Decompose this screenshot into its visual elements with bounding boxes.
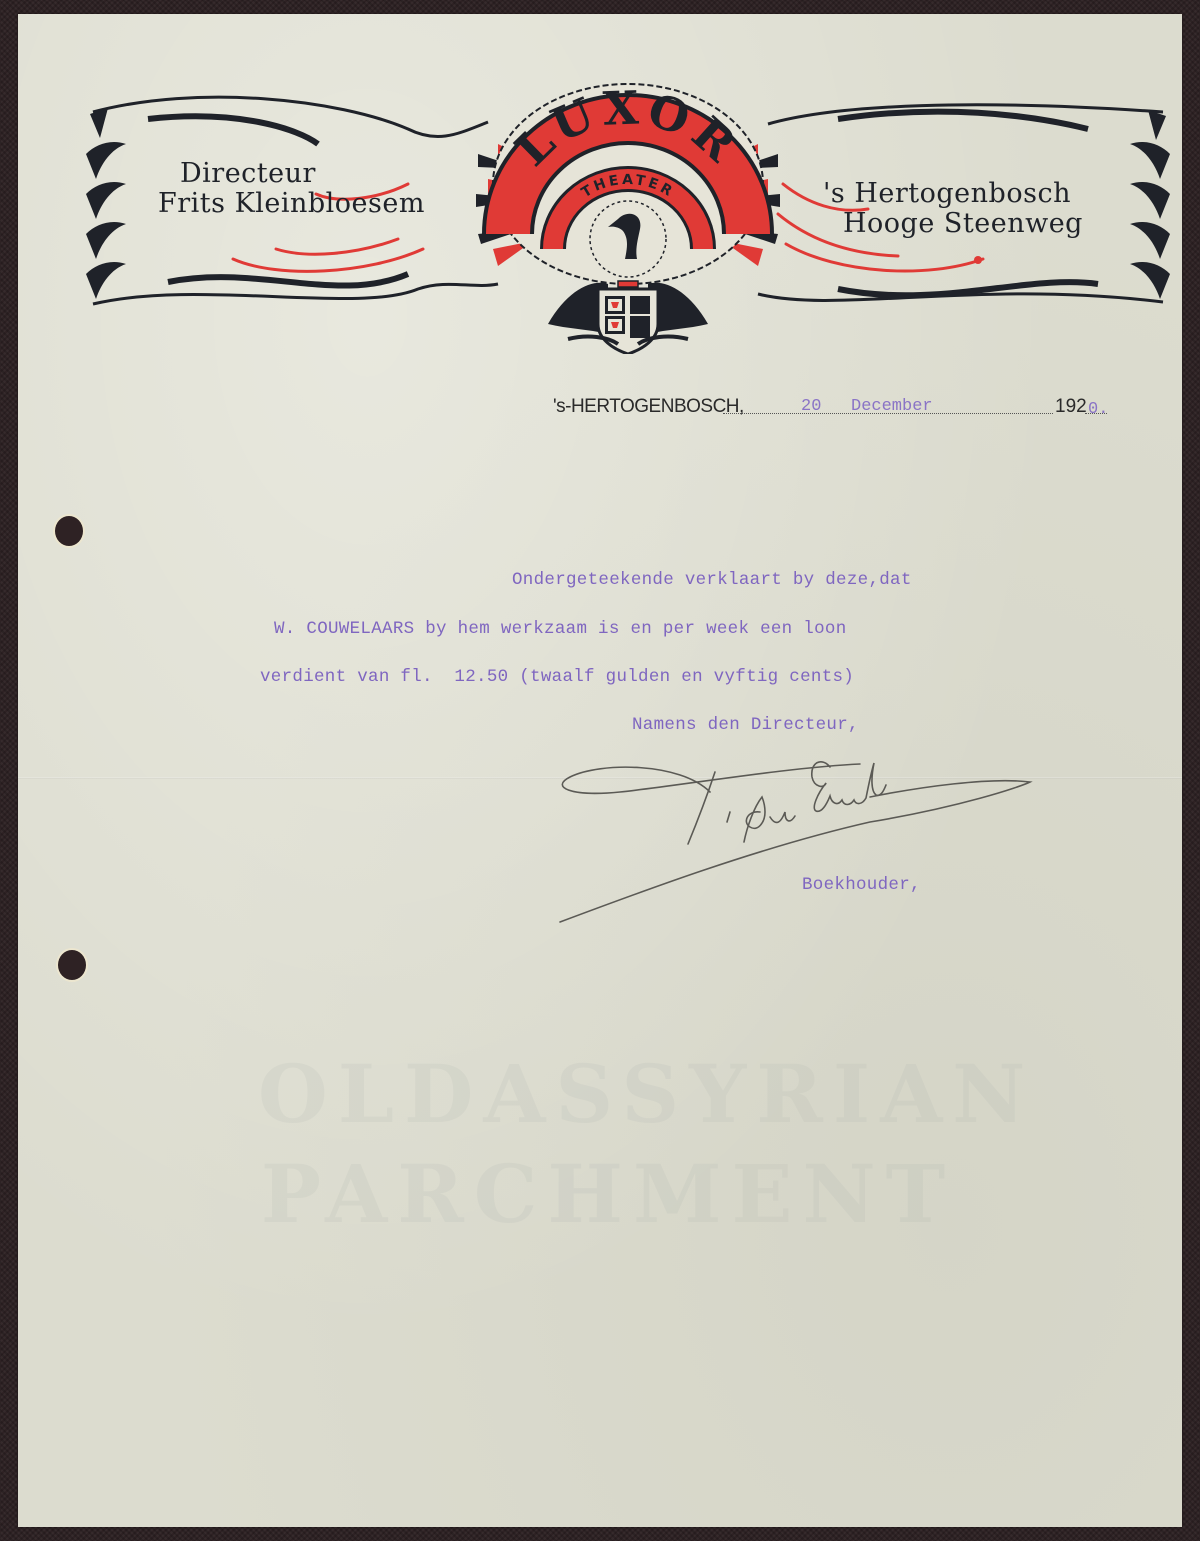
address-street: Hooge Steenweg bbox=[823, 209, 1083, 239]
director-label: Directeur bbox=[158, 159, 425, 189]
dateline-year-prefix: 192 bbox=[1055, 396, 1087, 418]
closing-line: Namens den Directeur, bbox=[632, 715, 859, 735]
address-city: 's Hertogenbosch bbox=[823, 179, 1083, 209]
body-line-3: verdient van fl. 12.50 (twaalf gulden en… bbox=[260, 667, 854, 687]
signature-icon bbox=[540, 752, 1040, 932]
dateline-day: 20 bbox=[801, 397, 821, 416]
letterhead-address: 's Hertogenbosch Hooge Steenweg bbox=[823, 179, 1083, 239]
body-line-2: W. COUWELAARS by hem werkzaam is en per … bbox=[274, 619, 847, 639]
dateline: 's-HERTOGENBOSCH, 20 December 192 0. bbox=[553, 396, 1123, 420]
dateline-year-suffix: 0. bbox=[1088, 400, 1108, 419]
dateline-month: December bbox=[851, 397, 933, 416]
punch-hole-bottom bbox=[58, 950, 86, 980]
dateline-city: 's-HERTOGENBOSCH, bbox=[553, 396, 744, 418]
punch-hole-top bbox=[55, 516, 83, 546]
letterhead-director: Directeur Frits Kleinbloesem bbox=[158, 159, 425, 219]
body-line-1: Ondergeteekende verklaart by deze,dat bbox=[512, 570, 912, 590]
letterhead: LUXOR THEATER bbox=[78, 74, 1178, 354]
letter-paper: OLDASSYRIAN PARCHMENT bbox=[18, 14, 1182, 1527]
director-name: Frits Kleinbloesem bbox=[158, 189, 425, 219]
paper-watermark: OLDASSYRIAN PARCHMENT bbox=[258, 1044, 958, 1244]
signatory-title: Boekhouder, bbox=[802, 875, 921, 895]
